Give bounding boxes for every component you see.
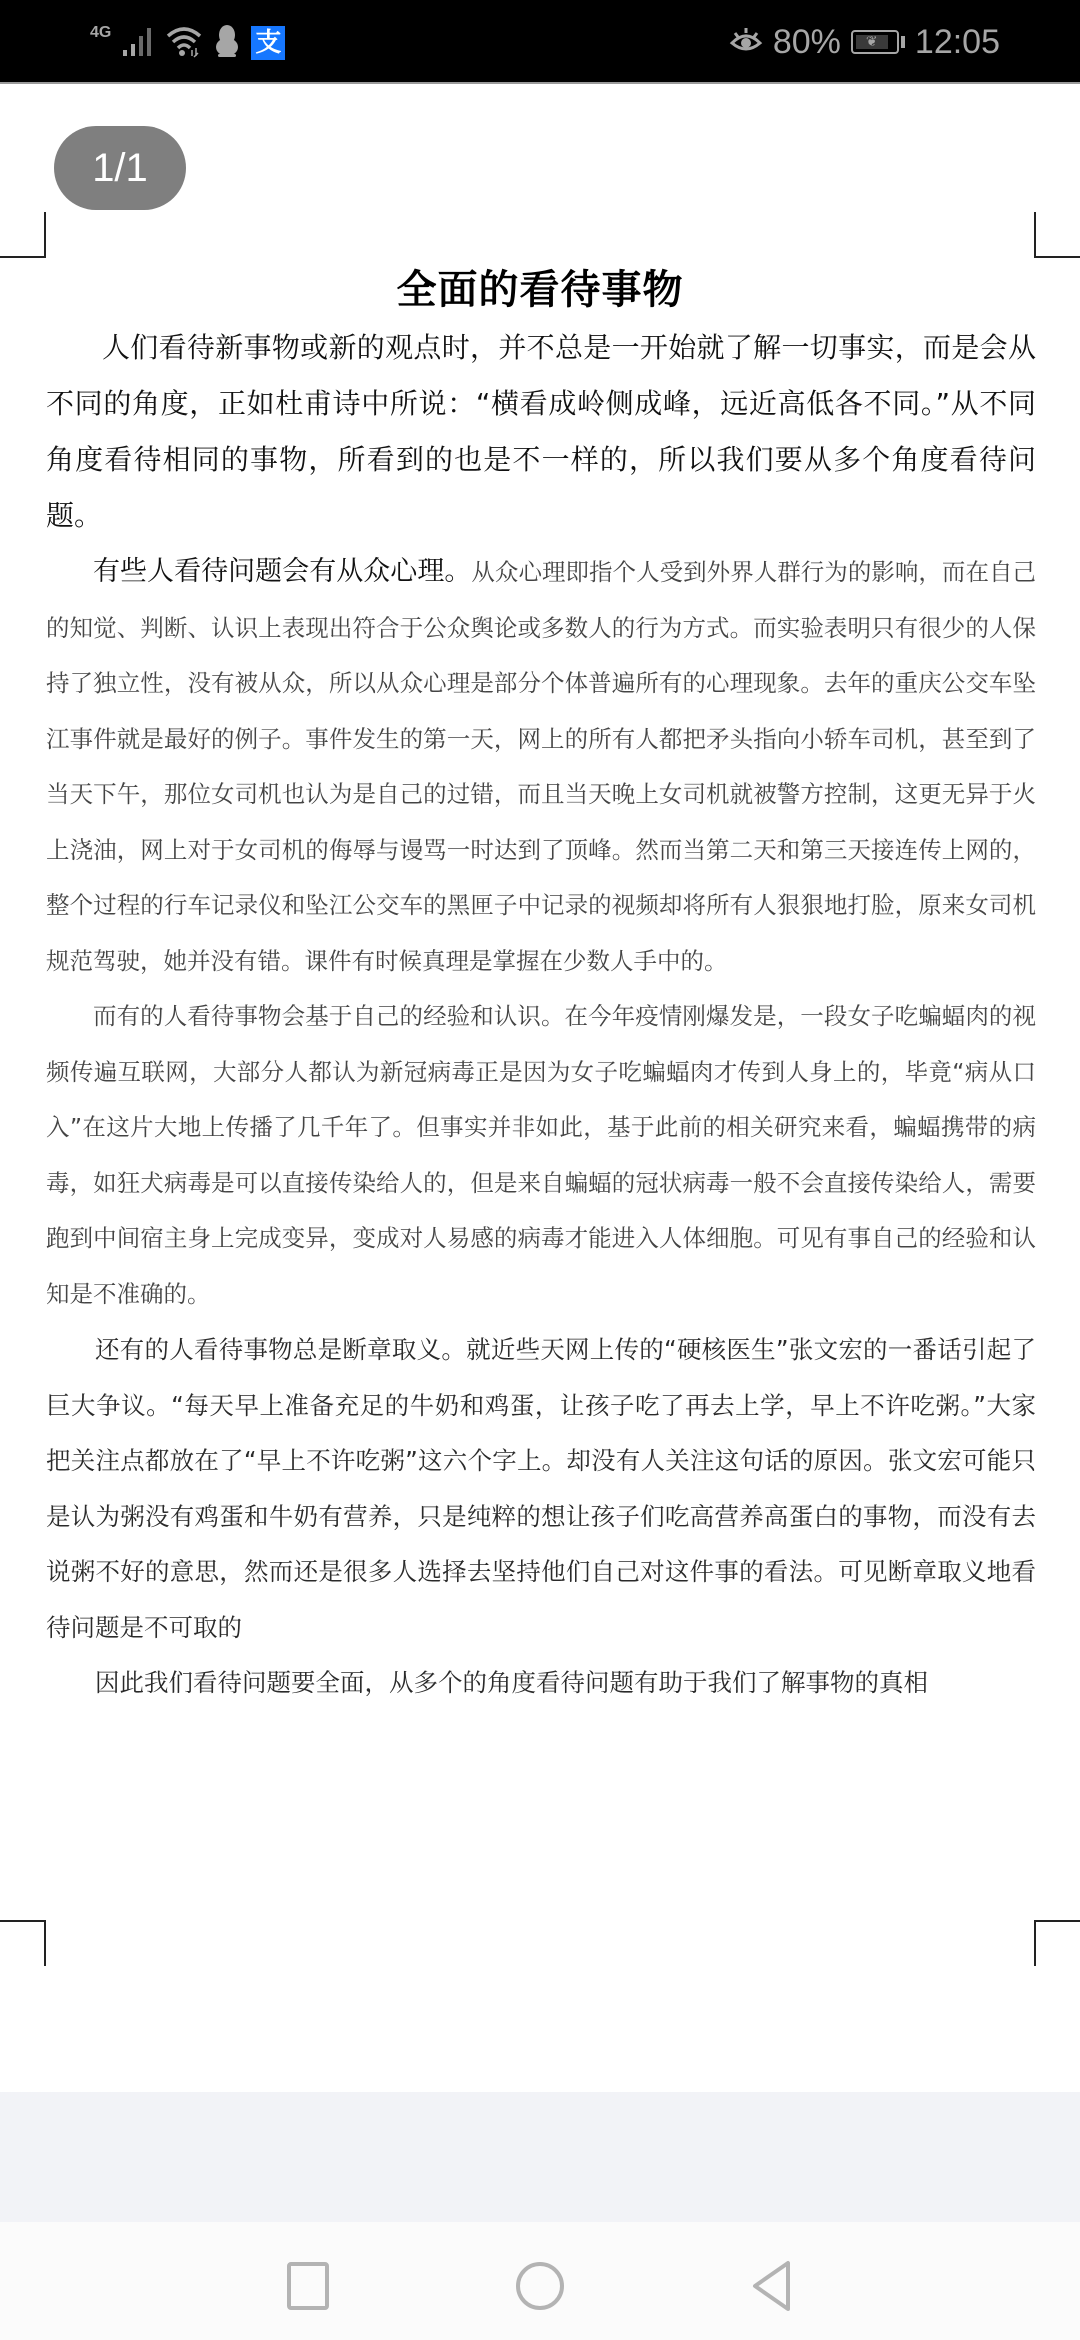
- recent-apps-button[interactable]: [278, 2256, 338, 2316]
- circle-icon: [514, 2260, 566, 2312]
- document-body: 人们看待新事物或新的观点时，并不总是一开始就了解一切事实，而是会从不同的角度，正…: [46, 320, 1036, 1711]
- network-type-label: 4G: [90, 24, 111, 42]
- back-button[interactable]: [742, 2256, 802, 2316]
- crop-mark-bottom-left: [0, 1920, 46, 1966]
- paragraph-experience: 而有的人看待事物会基于自己的经验和认识。在今年疫情刚爆发是，一段女子吃蝙蝠肉的视…: [46, 989, 1036, 1322]
- paragraph-out-of-context: 还有的人看待事物总是断章取义。就近些天网上传的“硬核医生”张文宏的一番话引起了巨…: [46, 1322, 1036, 1655]
- home-button[interactable]: [510, 2256, 570, 2316]
- battery-saver-leaf-icon: ❦: [866, 34, 878, 50]
- page-indicator[interactable]: 1/1: [54, 126, 186, 210]
- clock: 12:05: [915, 23, 1000, 62]
- status-bar: 4G 支: [0, 0, 1080, 84]
- paragraph-conformity-body: 从众心理即指个人受到外界人群行为的影响，而在自己的知觉、判断、认识上表现出符合于…: [46, 558, 1036, 975]
- wifi-icon: [165, 24, 203, 62]
- paragraph-conclusion: 因此我们看待问题要全面，从多个的角度看待问题有助于我们了解事物的真相: [46, 1655, 1036, 1711]
- page-separator: [0, 2092, 1080, 2222]
- status-bar-divider: [0, 82, 1080, 84]
- eye-comfort-icon: [729, 25, 763, 59]
- square-icon: [286, 2261, 330, 2311]
- paragraph-conformity: 有些人看待问题会有从众心理。从众心理即指个人受到外界人群行为的影响，而在自己的知…: [46, 544, 1036, 989]
- status-right-icons: 80% ❦ 12:05: [729, 18, 1000, 66]
- navigation-bar: [0, 2222, 1080, 2340]
- battery-icon: ❦: [851, 30, 899, 54]
- status-left-icons: 4G 支: [90, 22, 285, 64]
- alipay-icon: 支: [251, 26, 285, 60]
- crop-mark-top-left: [0, 212, 46, 258]
- battery-percent: 80%: [773, 23, 841, 62]
- document-title: 全面的看待事物: [0, 258, 1080, 315]
- qq-icon: [213, 24, 241, 62]
- back-triangle-icon: [750, 2260, 794, 2312]
- crop-mark-top-right: [1034, 212, 1080, 258]
- battery-tip: [901, 36, 905, 48]
- paragraph-lead-sentence: 有些人看待问题会有从众心理。: [93, 556, 471, 587]
- crop-mark-bottom-right: [1034, 1920, 1080, 1966]
- signal-icon: [121, 24, 155, 62]
- paragraph-intro: 人们看待新事物或新的观点时，并不总是一开始就了解一切事实，而是会从不同的角度，正…: [46, 320, 1036, 544]
